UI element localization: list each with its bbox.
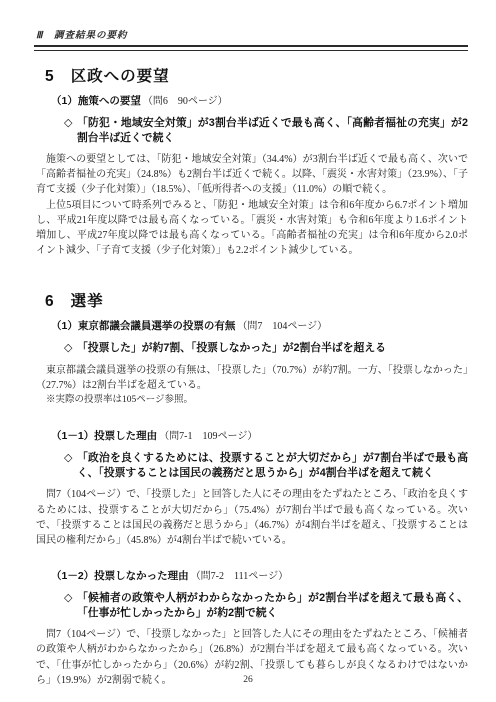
subsection-page-ref: （問7 104ページ）: [237, 321, 327, 332]
paragraph: 上位5項目について時系列でみると、「防犯・地域安全対策」は令和6年度から6.7ポ…: [36, 198, 468, 259]
subsection-heading: （1）東京都議会議員選挙の投票の有無（問7 104ページ）: [51, 319, 468, 334]
section-kusei-yobo: 5区政への要望 （1）施策への要望（問6 90ページ） ◇「防犯・地域安全対策」…: [34, 64, 468, 258]
running-header-label: Ⅲ 調査結果の要約: [36, 30, 128, 41]
subsection-tohyo-shinakatta-riyu: （1－2）投票しなかった理由（問7-2 111ページ） ◇「候補者の政策や人柄が…: [34, 569, 468, 688]
page-number: 26: [0, 675, 496, 685]
subsection-page-ref: （問7-2 111ページ）: [191, 571, 288, 582]
key-finding-headline: ◇「投票した」が約7割、「投票しなかった」が2割台半ばを超える: [64, 341, 468, 356]
document-page: Ⅲ 調査結果の要約 5区政への要望 （1）施策への要望（問6 90ページ） ◇「…: [0, 0, 496, 702]
section-title: 区政への要望: [71, 68, 170, 85]
section-title: 選挙: [71, 293, 104, 310]
subsection-shisaku-yobo: （1）施策への要望（問6 90ページ） ◇「防犯・地域安全対策」が3割台半ば近く…: [34, 94, 468, 258]
diamond-icon: ◇: [64, 116, 72, 131]
section-number: 6: [45, 293, 55, 310]
diamond-icon: ◇: [64, 591, 72, 606]
key-finding-headline: ◇「候補者の政策や人柄がわからなかったから」が2割台半ばを超えて最も高く、「仕事…: [64, 591, 468, 620]
subsection-page-ref: （問6 90ページ）: [143, 96, 228, 107]
body-text: 問7（104ページ）で、「投票した」と回答した人にその理由をたずねたところ、「政…: [36, 487, 468, 548]
subsection-heading: （1－2）投票しなかった理由（問7-2 111ページ）: [51, 569, 468, 584]
subsection-label: （1－2）投票しなかった理由: [51, 570, 189, 582]
key-finding-text: 「投票した」が約7割、「投票しなかった」が2割台半ばを超える: [77, 342, 386, 354]
diamond-icon: ◇: [64, 341, 72, 356]
subsection-page-ref: （問7-1 109ページ）: [159, 431, 257, 442]
diamond-icon: ◇: [64, 451, 72, 466]
subsection-tohyo-umu: （1）東京都議会議員選挙の投票の有無（問7 104ページ） ◇「投票した」が約7…: [34, 319, 468, 408]
running-header: Ⅲ 調査結果の要約: [34, 27, 468, 41]
subsection-label: （1－1）投票した理由: [51, 430, 157, 442]
section-number: 5: [45, 68, 55, 85]
subsection-tohyo-shita-riyu: （1－1）投票した理由（問7-1 109ページ） ◇「政治を良くするためには、投…: [34, 429, 468, 548]
section-senkyo: 6選挙 （1）東京都議会議員選挙の投票の有無（問7 104ページ） ◇「投票した…: [34, 289, 468, 688]
paragraph: 東京都議会議員選挙の投票の有無は、「投票した」（70.7%）が約7割。一方、「投…: [36, 363, 468, 393]
body-text: 東京都議会議員選挙の投票の有無は、「投票した」（70.7%）が約7割。一方、「投…: [36, 363, 468, 393]
key-finding-headline: ◇「政治を良くするためには、投票することが大切だから」が7割台半ばで最も高く、「…: [64, 451, 468, 480]
key-finding-text: 「候補者の政策や人柄がわからなかったから」が2割台半ばを超えて最も高く、「仕事が…: [77, 592, 468, 619]
subsection-heading: （1－1）投票した理由（問7-1 109ページ）: [51, 429, 468, 444]
subsection-heading: （1）施策への要望（問6 90ページ）: [51, 94, 468, 109]
footnote: ※実際の投票率は105ページ参照。: [46, 393, 468, 408]
body-text: 施策への要望としては、「防犯・地域安全対策」（34.4%）が3割台半ば近くで最も…: [36, 152, 468, 258]
key-finding-text: 「防犯・地域安全対策」が3割台半ば近くで最も高く、「高齢者福祉の充実」が2割台半…: [77, 117, 468, 144]
header-rule: [34, 45, 468, 51]
paragraph: 施策への要望としては、「防犯・地域安全対策」（34.4%）が3割台半ば近くで最も…: [36, 152, 468, 198]
subsection-label: （1）東京都議会議員選挙の投票の有無: [51, 320, 235, 332]
subsection-label: （1）施策への要望: [51, 95, 141, 107]
key-finding-text: 「政治を良くするためには、投票することが大切だから」が7割台半ばで最も高く、「投…: [77, 452, 468, 479]
paragraph: 問7（104ページ）で、「投票した」と回答した人にその理由をたずねたところ、「政…: [36, 487, 468, 548]
section-heading: 5区政への要望: [45, 64, 468, 86]
section-heading: 6選挙: [45, 289, 468, 311]
key-finding-headline: ◇「防犯・地域安全対策」が3割台半ば近くで最も高く、「高齢者福祉の充実」が2割台…: [64, 116, 468, 145]
